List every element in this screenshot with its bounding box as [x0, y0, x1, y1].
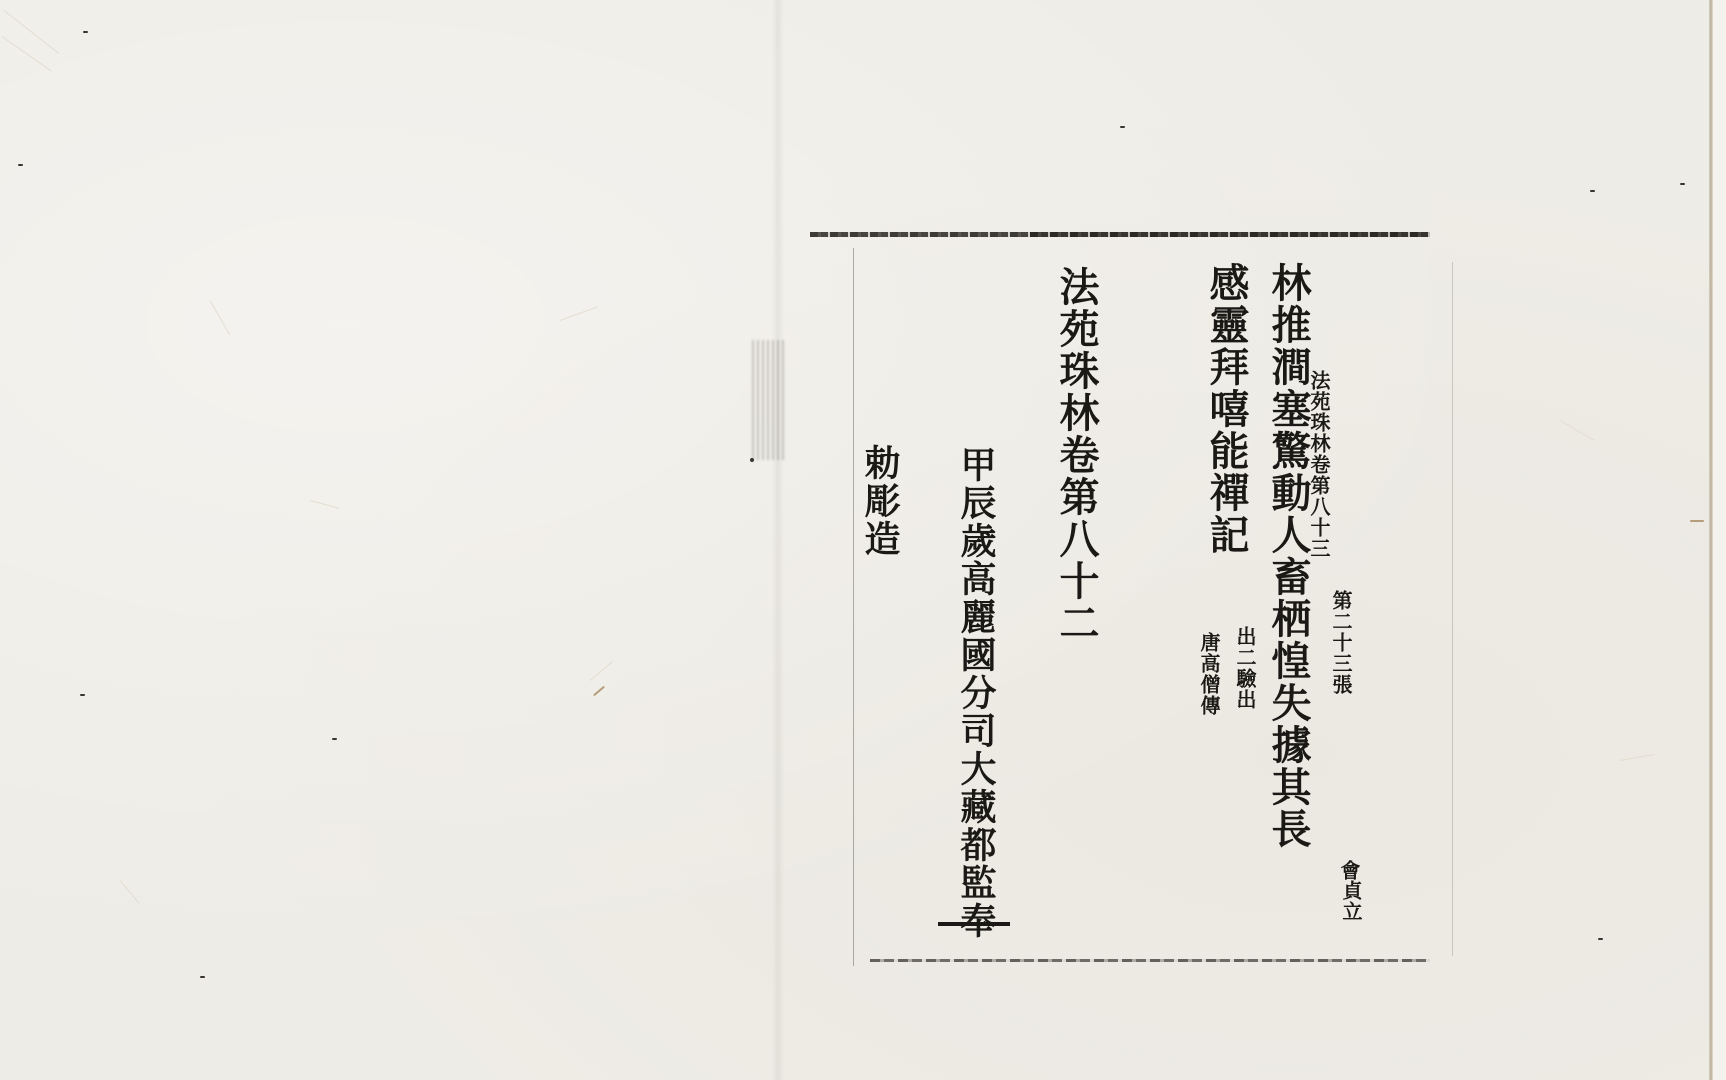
ink-speck [200, 976, 205, 978]
block-frame-bottom [870, 959, 1430, 962]
paper-fiber [590, 661, 614, 681]
page-fold [772, 0, 784, 1080]
ink-speck [18, 164, 23, 166]
paper-stain [593, 686, 605, 697]
block-frame-right [1452, 262, 1453, 956]
paper-fiber [560, 306, 598, 321]
bracket-mark [938, 922, 1010, 926]
edict-line: 勅彫造 [860, 444, 900, 558]
ink-speck [1598, 938, 1603, 940]
page-margin [1713, 0, 1726, 1080]
bottom-note: 貞立 [1340, 880, 1362, 922]
paper-fiber [1620, 754, 1655, 761]
block-frame-top-faint [1030, 232, 1430, 237]
ink-speck [1590, 190, 1595, 192]
paper-fiber [120, 880, 140, 904]
ink-speck [1120, 126, 1125, 128]
interlinear-note-b: 唐高僧傳 [1198, 632, 1220, 716]
ink-speck [1680, 183, 1685, 185]
paper-fiber [210, 300, 231, 335]
title-line: 法苑珠林卷第八十二 [1054, 266, 1098, 644]
main-text-column-2: 感靈拜嘻能禪記 [1204, 262, 1248, 556]
interlinear-note-c: 會 [1338, 860, 1360, 881]
paper-fiber [4, 10, 60, 54]
scanned-document-page: 第二十三張 會 貞立 法苑珠林卷第八十三 林推澗塞驚動人畜栖惶失據其長 感靈拜嘻… [0, 0, 1726, 1080]
paper-fiber [310, 500, 339, 509]
block-frame-left [853, 248, 854, 966]
paper-fiber [1560, 420, 1595, 441]
page-number-note: 第二十三張 [1330, 590, 1352, 695]
interlinear-note-a: 出二驗出 [1234, 626, 1256, 710]
date-line: 甲辰歲高麗國分司大藏都監奉 [956, 446, 996, 940]
ink-speck [332, 738, 337, 740]
ink-speck [83, 31, 88, 33]
main-text-column-1: 林推澗塞驚動人畜栖惶失據其長 [1266, 262, 1310, 850]
ink-smudge [752, 340, 784, 460]
paper-stain [1690, 520, 1704, 522]
ink-speck [80, 694, 85, 696]
